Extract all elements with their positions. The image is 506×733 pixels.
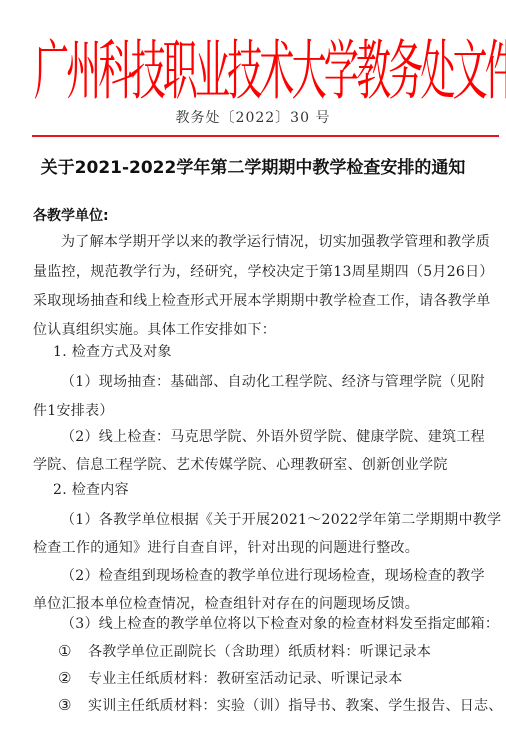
paragraph-line: 采取现场抽查和线上检查形式开展本学期期中教学检查工作，请各教学单 xyxy=(33,291,491,311)
paragraph-line: 量监控，规范教学行为，经研究，学校决定于第13周星期四（5月26日） xyxy=(33,262,494,282)
paragraph-line: 学院、信息工程学院、艺术传媒学院、心理教研室、创新创业学院 xyxy=(33,455,448,475)
paragraph-line: （2）线上检查：马克思学院、外语外贸学院、健康学院、建筑工程 xyxy=(61,427,485,447)
list-item-text: 专业主任纸质材料：教研室活动记录、听课记录本 xyxy=(88,671,403,687)
list-item-text: 实训主任纸质材料：实验（训）指导书、教案、学生报告、日志、 xyxy=(88,698,503,714)
document-number: 教务处〔2022〕30 号 xyxy=(0,108,506,128)
paragraph-line: 单位汇报本单位检查情况，检查组针对存在的问题现场反馈。 xyxy=(33,594,419,614)
paragraph-line: 件1安排表） xyxy=(33,401,114,421)
org-header-title: 广州科技职业技术大学教务处文件 xyxy=(34,24,355,118)
section-heading-1: 1. 检查方式及对象 xyxy=(53,342,172,362)
section-heading-2: 2. 检查内容 xyxy=(53,480,129,500)
list-item-text: 各教学单位正副院长（含助理）纸质材料：听课记录本 xyxy=(88,644,431,660)
list-item: ①各教学单位正副院长（含助理）纸质材料：听课记录本 xyxy=(58,641,431,662)
list-item: ③实训主任纸质材料：实验（训）指导书、教案、学生报告、日志、 xyxy=(58,695,503,716)
paragraph-line: 检查工作的通知》进行自查自评，针对出现的问题进行整改。 xyxy=(33,538,419,558)
red-divider-line xyxy=(32,135,499,137)
paragraph-line: （1）各教学单位根据《关于开展2021～2022学年第二学期期中教学 xyxy=(61,510,501,530)
document-page: 广州科技职业技术大学教务处文件 教务处〔2022〕30 号 关于2021-202… xyxy=(0,0,506,733)
circled-number-marker: ③ xyxy=(58,695,78,715)
circled-number-marker: ① xyxy=(58,641,78,661)
circled-number-marker: ② xyxy=(58,668,78,688)
list-item: ②专业主任纸质材料：教研室活动记录、听课记录本 xyxy=(58,668,403,689)
notice-title: 关于2021-2022学年第二学期期中教学检查安排的通知 xyxy=(0,156,506,180)
paragraph-line: （1）现场抽查：基础部、自动化工程学院、经济与管理学院（见附 xyxy=(61,372,485,392)
salutation: 各教学单位: xyxy=(33,206,109,226)
paragraph-line: 为了解本学期开学以来的教学运行情况，切实加强教学管理和教学质 xyxy=(61,232,490,252)
paragraph-line: （2）检查组到现场检查的教学单位进行现场检查，现场检查的教学 xyxy=(61,566,485,586)
paragraph-line: 位认真组织实施。具体工作安排如下： xyxy=(33,320,276,340)
paragraph-line: （3）线上检查的教学单位将以下检查对象的检查材料发至指定邮箱： xyxy=(61,614,499,634)
